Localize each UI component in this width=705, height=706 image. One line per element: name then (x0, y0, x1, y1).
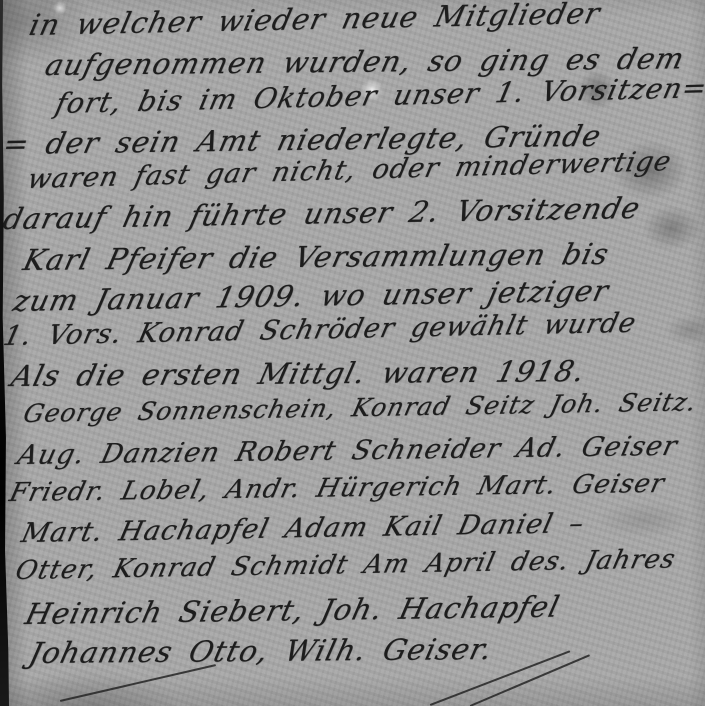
handwritten-line: Johannes Otto, Wilh. Geiser. (26, 632, 496, 670)
page-binding-edge (0, 0, 9, 706)
handwritten-line: Otter, Konrad Schmidt Am April des. Jahr… (13, 544, 679, 586)
manuscript-page: in welcher wieder neue Mitglieder aufgen… (0, 0, 705, 706)
handwritten-line: Als die ersten Mittgl. waren 1918. (8, 354, 589, 393)
handwritten-line: in welcher wieder neue Mitglieder (26, 0, 604, 42)
handwritten-line: Mart. Hachapfel Adam Kail Daniel – (18, 508, 587, 549)
handwritten-line: darauf hin führte unser 2. Vorsitzende (0, 191, 644, 236)
handwritten-line: Karl Pfeifer die Versammlungen bis (20, 237, 613, 277)
handwritten-line: Friedr. Lobel, Andr. Hürgerich Mart. Gei… (6, 469, 667, 508)
pen-flourish (60, 664, 216, 702)
handwritten-line: Aug. Danzien Robert Schneider Ad. Geiser (14, 431, 680, 471)
handwritten-line: George Sonnenschein, Konrad Seitz Joh. S… (21, 387, 700, 428)
handwritten-line: Heinrich Siebert, Joh. Hachapfel (22, 589, 563, 631)
